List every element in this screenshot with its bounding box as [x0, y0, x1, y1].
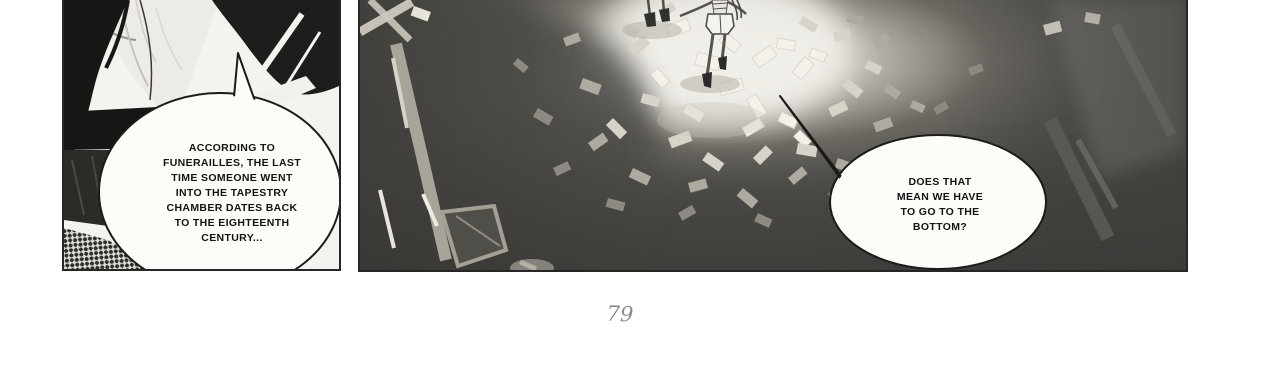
comic-page: ACCORDING TO FUNERAILLES, THE LAST TIME …: [0, 0, 1280, 366]
panel-right: DOES THAT MEAN WE HAVE TO GO TO THE BOTT…: [358, 0, 1188, 272]
page-number: 79: [596, 301, 645, 327]
left-panel-artwork: [64, 0, 339, 269]
right-panel-artwork: [360, 0, 1186, 270]
panel-left: ACCORDING TO FUNERAILLES, THE LAST TIME …: [62, 0, 341, 271]
